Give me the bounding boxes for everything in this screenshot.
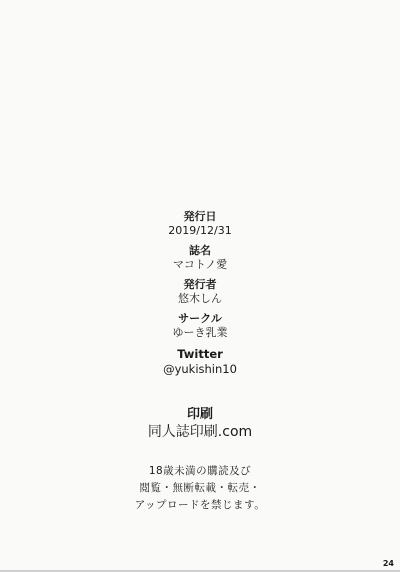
page-number: 24 xyxy=(383,559,394,568)
issue-date-value: 2019/12/31 xyxy=(0,224,400,238)
printing-section: 印刷 同人誌印刷.com xyxy=(0,406,400,441)
printing-value: 同人誌印刷.com xyxy=(0,423,400,441)
printing-label: 印刷 xyxy=(0,406,400,423)
twitter-label: Twitter xyxy=(0,347,400,362)
issue-date-label: 発行日 xyxy=(0,210,400,224)
notice-line-3: アップロードを禁じます。 xyxy=(0,497,400,514)
colophon-page: 発行日 2019/12/31 誌名 マコトノ愛 発行者 悠木しん サークル ゆー… xyxy=(0,0,400,572)
notice-line-1: 18歳未満の購読及び xyxy=(0,463,400,480)
publisher-value: 悠木しん xyxy=(0,292,400,306)
twitter-section: Twitter @yukishin10 xyxy=(0,347,400,377)
circle-label: サークル xyxy=(0,312,400,326)
publisher-label: 発行者 xyxy=(0,278,400,292)
circle-value: ゆーき乳業 xyxy=(0,326,400,340)
title-value: マコトノ愛 xyxy=(0,258,400,272)
twitter-handle: @yukishin10 xyxy=(0,362,400,377)
issue-date-section: 発行日 2019/12/31 xyxy=(0,210,400,238)
notice-line-2: 閲覧・無断転載・転売・ xyxy=(0,480,400,497)
circle-section: サークル ゆーき乳業 xyxy=(0,312,400,340)
title-label: 誌名 xyxy=(0,244,400,258)
notice-section: 18歳未満の購読及び 閲覧・無断転載・転売・ アップロードを禁じます。 xyxy=(0,463,400,514)
title-section: 誌名 マコトノ愛 xyxy=(0,244,400,272)
publisher-section: 発行者 悠木しん xyxy=(0,278,400,306)
